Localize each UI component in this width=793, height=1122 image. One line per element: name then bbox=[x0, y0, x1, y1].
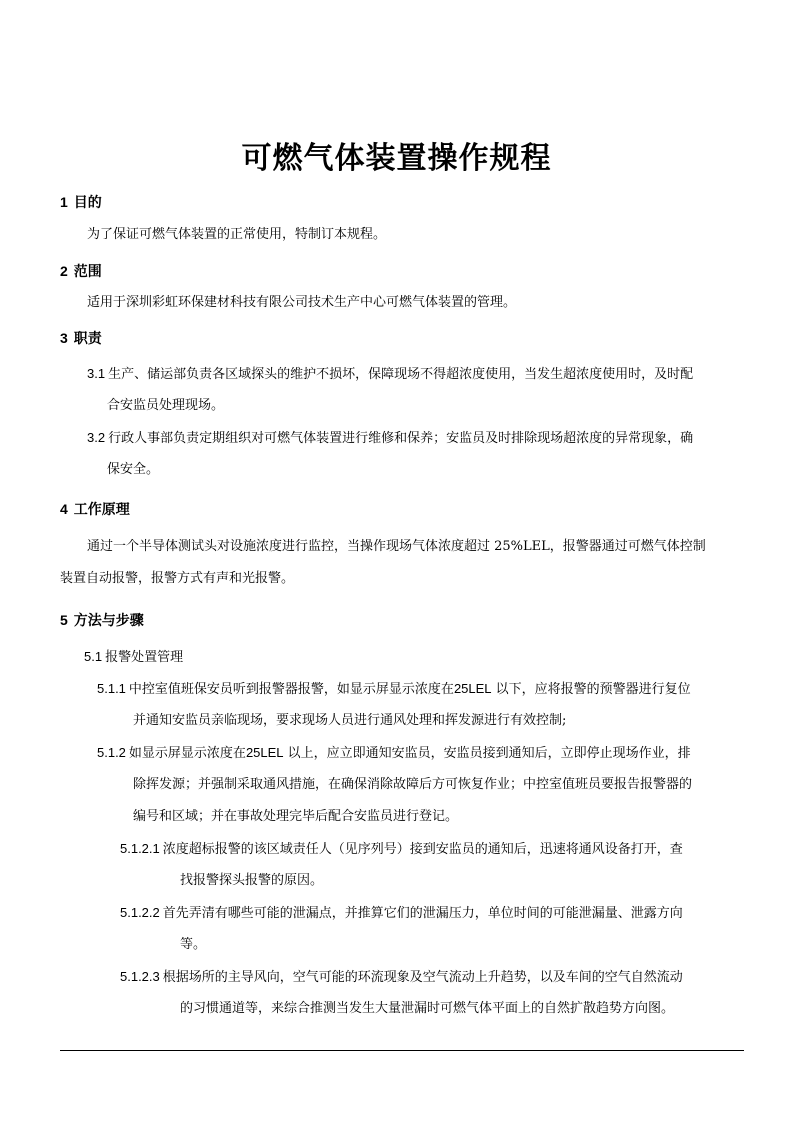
item-label: 3.2 bbox=[87, 430, 105, 445]
item-5-1-2-cont-2: 编号和区域；并在事故处理完毕后配合安监员进行登记。 bbox=[133, 801, 458, 833]
section-title: 目的 bbox=[74, 194, 102, 210]
section-4-line-1: 通过一个半导体测试头对设施浓度进行监控，当操作现场气体浓度超过 25%LEL，报… bbox=[87, 531, 706, 563]
section-heading-4: 4工作原理 bbox=[60, 499, 130, 519]
item-5-1-2-1-cont: 找报警探头报警的原因。 bbox=[180, 865, 323, 897]
item-text: 生产、储运部负责各区域探头的维护不损坏，保障现场不得超浓度使用，当发生超浓度使用… bbox=[108, 367, 693, 382]
section-number: 4 bbox=[60, 501, 68, 517]
footer-divider bbox=[60, 1050, 744, 1051]
item-text: 报警处置管理 bbox=[105, 650, 183, 665]
item-5-1-1-cont: 并通知安监员亲临现场，要求现场人员进行通风处理和挥发源进行有效控制; bbox=[133, 705, 566, 737]
item-3-1-cont: 合安监员处理现场。 bbox=[107, 390, 224, 422]
item-5-1-2-2-cont: 等。 bbox=[180, 929, 206, 961]
section-number: 3 bbox=[60, 330, 68, 346]
section-1-text: 为了保证可燃气体装置的正常使用，特制订本规程。 bbox=[87, 219, 386, 251]
section-number: 1 bbox=[60, 194, 68, 210]
item-text: 以上，应立即通知安监员，安监员接到通知后，立即停止现场作业，排 bbox=[288, 746, 691, 761]
document-title: 可燃气体装置操作规程 bbox=[0, 133, 793, 177]
item-3-2: 3.2行政人事部负责定期组织对可燃气体装置进行维修和保养；安监员及时排除现场超浓… bbox=[87, 422, 693, 455]
item-5-1-2-3: 5.1.2.3根据场所的主导风向，空气可能的环流现象及空气流动上升趋势，以及车间… bbox=[120, 961, 683, 994]
item-3-2-cont: 保安全。 bbox=[107, 454, 159, 486]
section-heading-5: 5方法与步骤 bbox=[60, 610, 144, 630]
item-label: 5.1 bbox=[84, 649, 102, 664]
item-5-1-2-1: 5.1.2.1浓度超标报警的该区域责任人（见序列号）接到安监员的通知后，迅速将通… bbox=[120, 833, 683, 866]
item-label: 5.1.2.2 bbox=[120, 905, 160, 920]
item-3-1: 3.1生产、储运部负责各区域探头的维护不损坏，保障现场不得超浓度使用，当发生超浓… bbox=[87, 358, 693, 391]
item-text: 行政人事部负责定期组织对可燃气体装置进行维修和保养；安监员及时排除现场超浓度的异… bbox=[108, 431, 693, 446]
item-5-1-2-cont-1: 除挥发源；并强制采取通风措施，在确保消除故障后方可恢复作业；中控室值班员要报告报… bbox=[133, 769, 692, 801]
section-2-text: 适用于深圳彩虹环保建材科技有限公司技术生产中心可燃气体装置的管理。 bbox=[87, 287, 516, 319]
document-page: 可燃气体装置操作规程 1目的 为了保证可燃气体装置的正常使用，特制订本规程。 2… bbox=[0, 0, 793, 1122]
item-label: 3.1 bbox=[87, 366, 105, 381]
item-5-1: 5.1报警处置管理 bbox=[84, 641, 183, 674]
item-5-1-1: 5.1.1中控室值班保安员听到报警器报警，如显示屏显示浓度在25LEL 以下，应… bbox=[97, 673, 691, 706]
section-title: 范围 bbox=[74, 263, 102, 279]
section-title: 方法与步骤 bbox=[74, 612, 144, 628]
item-text: 如显示屏显示浓度在 bbox=[129, 746, 246, 761]
section-number: 2 bbox=[60, 263, 68, 279]
item-label: 5.1.2.3 bbox=[120, 969, 160, 984]
item-text: 中控室值班保安员听到报警器报警，如显示屏显示浓度在 bbox=[129, 682, 454, 697]
section-heading-1: 1目的 bbox=[60, 192, 102, 212]
item-label: 5.1.2.1 bbox=[120, 841, 160, 856]
item-text: 浓度超标报警的该区域责任人（见序列号）接到安监员的通知后，迅速将通风设备打开，查 bbox=[163, 842, 683, 857]
item-label: 5.1.1 bbox=[97, 681, 126, 696]
item-5-1-2-2: 5.1.2.2首先弄清有哪些可能的泄漏点，并推算它们的泄漏压力，单位时间的可能泄… bbox=[120, 897, 683, 930]
section-title: 工作原理 bbox=[74, 501, 130, 517]
item-text: 以下，应将报警的预警器进行复位 bbox=[496, 682, 691, 697]
section-heading-2: 2范围 bbox=[60, 261, 102, 281]
item-label: 5.1.2 bbox=[97, 745, 126, 760]
section-number: 5 bbox=[60, 612, 68, 628]
concentration-value: 25LEL bbox=[246, 745, 284, 760]
section-title: 职责 bbox=[74, 330, 102, 346]
section-heading-3: 3职责 bbox=[60, 328, 102, 348]
concentration-value: 25LEL bbox=[454, 681, 492, 696]
item-5-1-2: 5.1.2如显示屏显示浓度在25LEL 以上，应立即通知安监员，安监员接到通知后… bbox=[97, 737, 691, 770]
item-text: 根据场所的主导风向，空气可能的环流现象及空气流动上升趋势，以及车间的空气自然流动 bbox=[163, 970, 683, 985]
item-5-1-2-3-cont: 的习惯通道等，来综合推测当发生大量泄漏时可燃气体平面上的自然扩散趋势方向图。 bbox=[180, 993, 674, 1025]
section-4-line-2: 装置自动报警，报警方式有声和光报警。 bbox=[60, 563, 294, 595]
item-text: 首先弄清有哪些可能的泄漏点，并推算它们的泄漏压力，单位时间的可能泄漏量、泄露方向 bbox=[163, 906, 683, 921]
